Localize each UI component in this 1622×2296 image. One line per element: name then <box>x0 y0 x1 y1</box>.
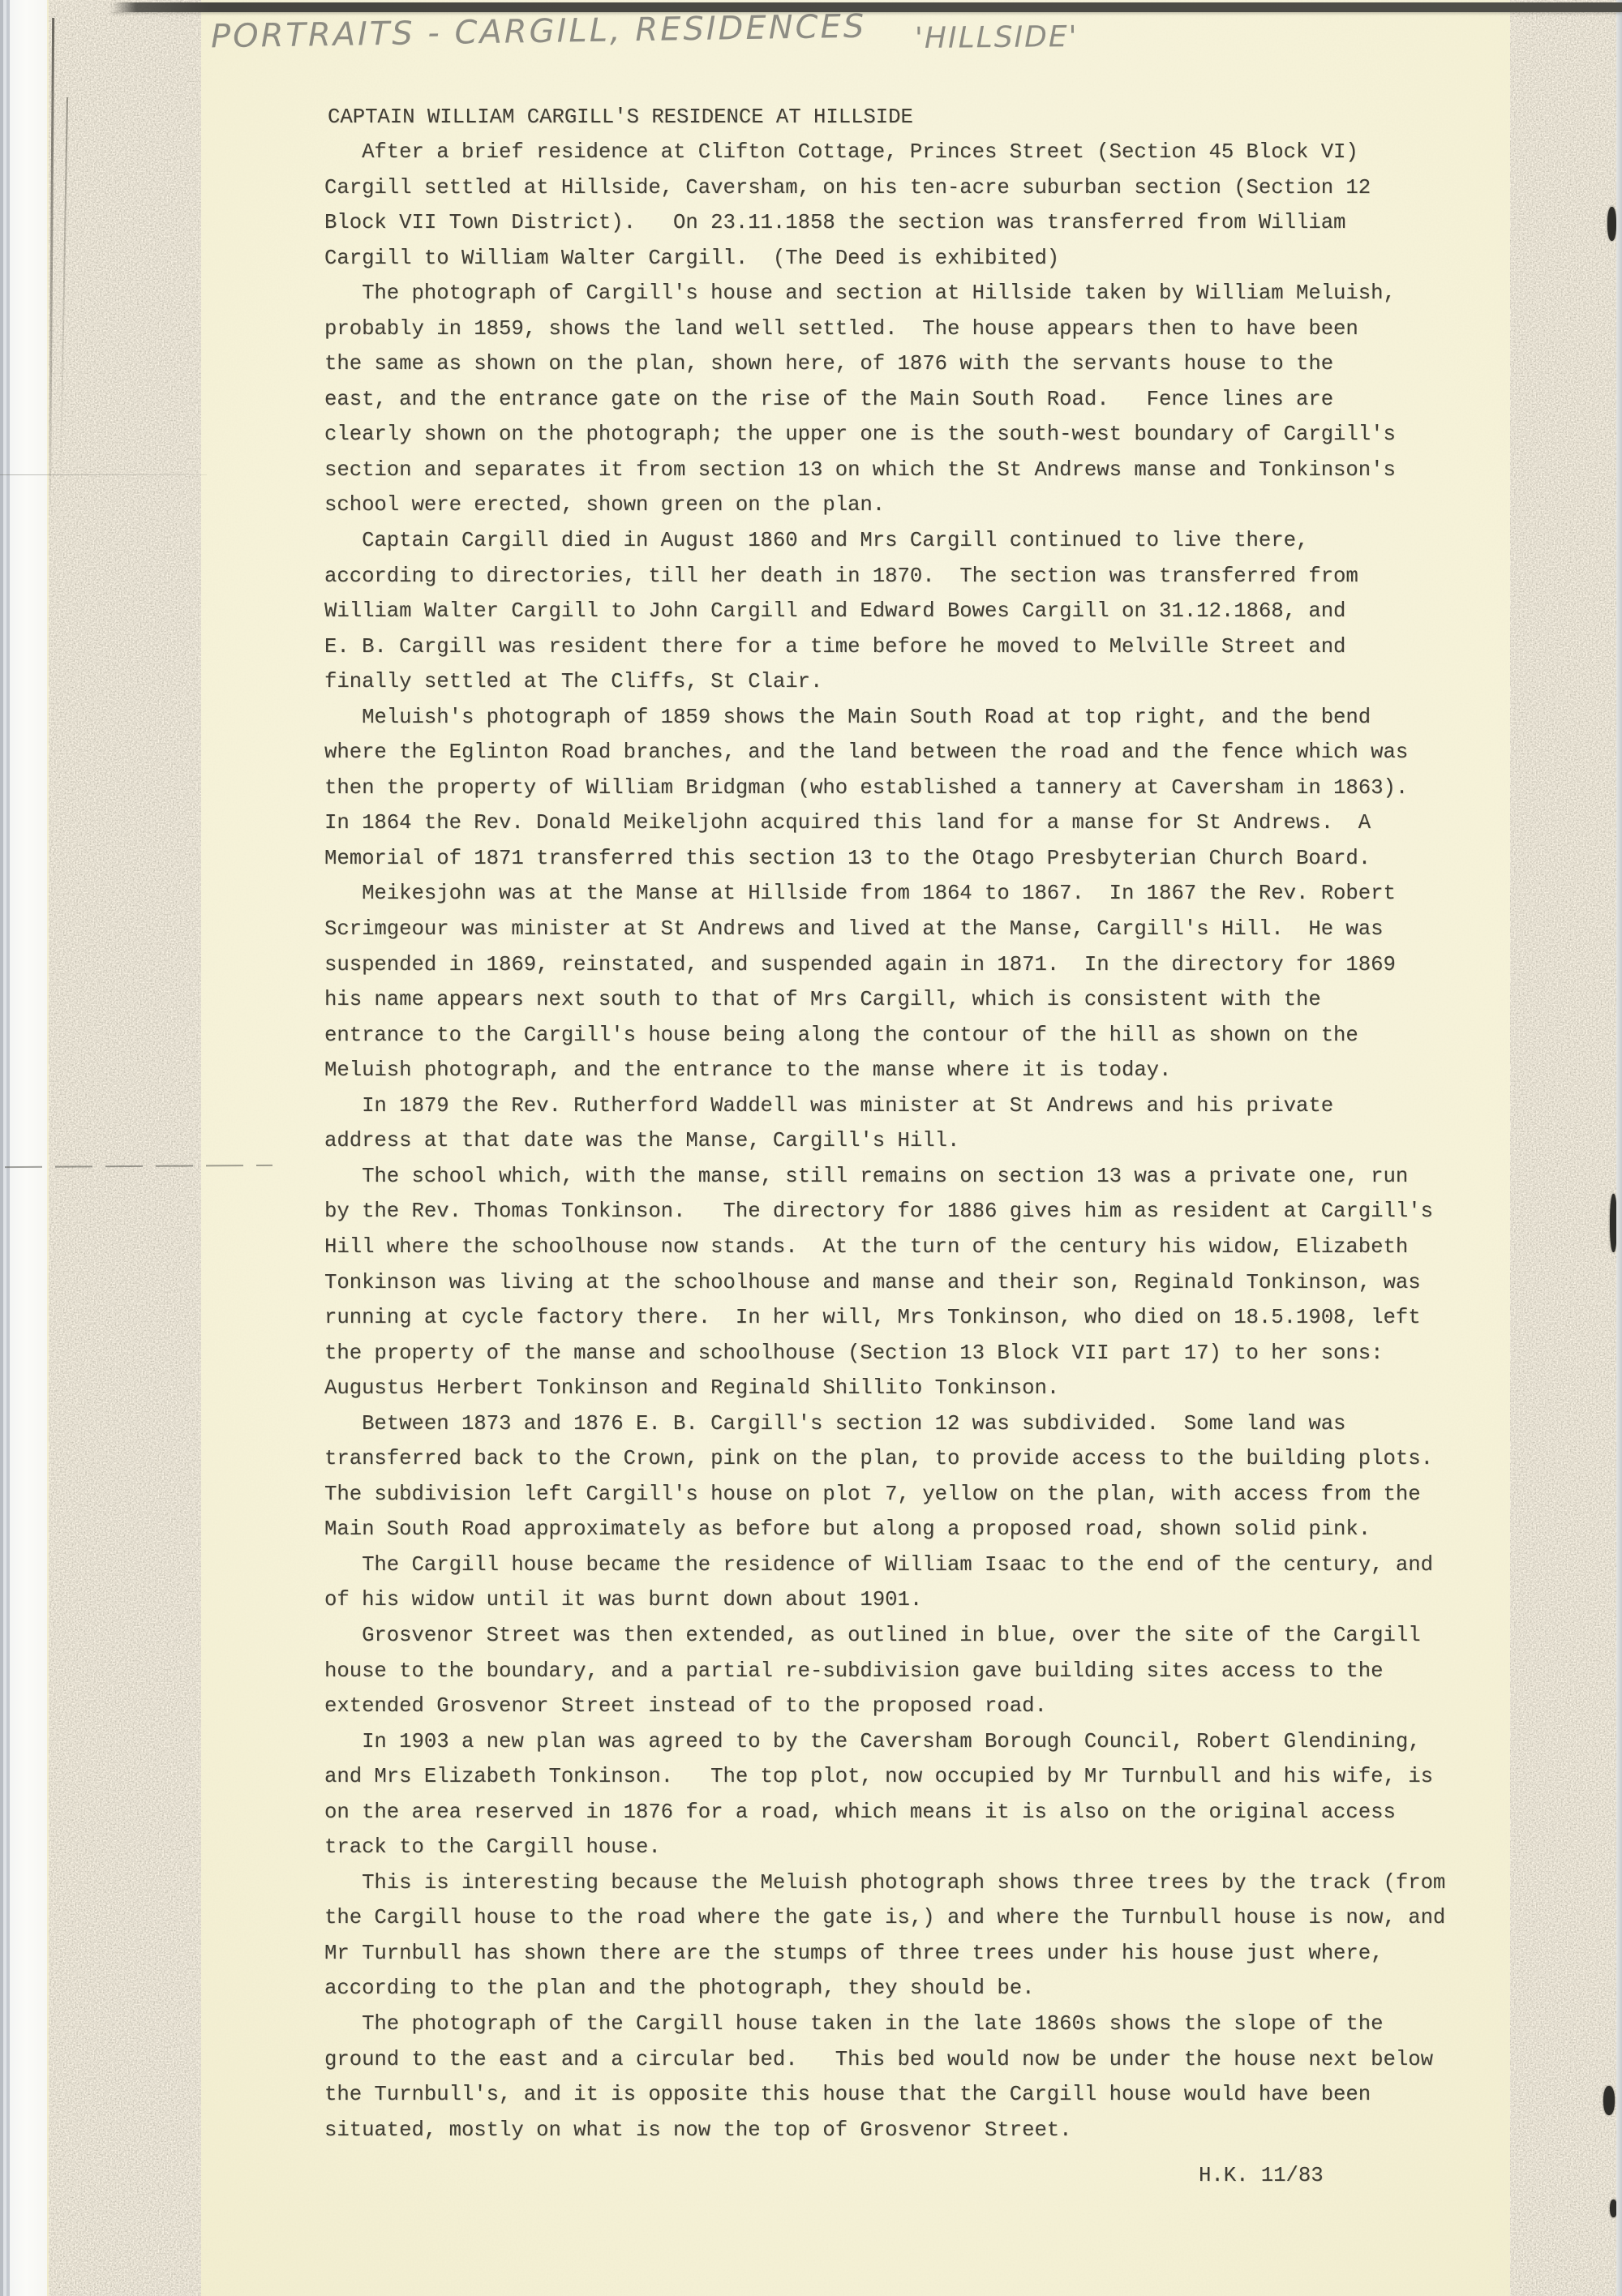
text-line: on the area reserved in 1876 for a road,… <box>324 1795 1445 1830</box>
text-line: Hill where the schoolhouse now stands. A… <box>324 1230 1445 1265</box>
text-line: according to the plan and the photograph… <box>324 1971 1445 2006</box>
text-line: After a brief residence at Clifton Cotta… <box>324 135 1445 170</box>
text-line: finally settled at The Cliffs, St Clair. <box>324 664 1445 700</box>
text-line: The photograph of the Cargill house take… <box>324 2006 1445 2042</box>
text-line: of his widow until it was burnt down abo… <box>324 1582 1445 1618</box>
text-line: E. B. Cargill was resident there for a t… <box>324 629 1445 665</box>
paragraph: In 1903 a new plan was agreed to by the … <box>324 1724 1445 1865</box>
author-initials-date: H.K. 11/83 <box>1199 2164 1324 2187</box>
text-line: situated, mostly on what is now the top … <box>324 2113 1445 2148</box>
text-line: according to directories, till her death… <box>324 559 1445 594</box>
paragraph: The photograph of the Cargill house take… <box>324 2006 1445 2148</box>
paragraph: This is interesting because the Meluish … <box>324 1865 1445 2006</box>
text-line: The Cargill house became the residence o… <box>324 1547 1445 1583</box>
text-line: The subdivision left Cargill's house on … <box>324 1477 1445 1513</box>
text-line: address at that date was the Manse, Carg… <box>324 1123 1445 1159</box>
text-line: Meikesjohn was at the Manse at Hillside … <box>324 876 1445 912</box>
paragraph: In 1879 the Rev. Rutherford Waddell was … <box>324 1088 1445 1159</box>
document-body: After a brief residence at Clifton Cotta… <box>324 135 1445 2148</box>
text-line: suspended in 1869, reinstated, and suspe… <box>324 947 1445 983</box>
paragraph: Captain Cargill died in August 1860 and … <box>324 523 1445 700</box>
text-line: clearly shown on the photograph; the upp… <box>324 417 1445 453</box>
handwritten-title-annotation: 'HILLSIDE' <box>915 20 1079 55</box>
text-line: In 1903 a new plan was agreed to by the … <box>324 1724 1445 1760</box>
text-line: Main South Road approximately as before … <box>324 1512 1445 1547</box>
scan-artifact-mark <box>1607 207 1616 241</box>
text-line: This is interesting because the Meluish … <box>324 1865 1445 1901</box>
text-line: Captain Cargill died in August 1860 and … <box>324 523 1445 559</box>
text-line: section and separates it from section 13… <box>324 453 1445 488</box>
text-line: Cargill to William Walter Cargill. (The … <box>324 241 1445 277</box>
text-line: the Turnbull's, and it is opposite this … <box>324 2077 1445 2113</box>
text-line: the property of the manse and schoolhous… <box>324 1336 1445 1371</box>
text-line: by the Rev. Thomas Tonkinson. The direct… <box>324 1194 1445 1230</box>
text-line: Cargill settled at Hillside, Caversham, … <box>324 170 1445 206</box>
text-line: where the Eglinton Road branches, and th… <box>324 735 1445 770</box>
scanner-bed-edge-right <box>1616 0 1622 2296</box>
text-line: ground to the east and a circular bed. T… <box>324 2042 1445 2078</box>
paragraph: Meluish's photograph of 1859 shows the M… <box>324 700 1445 877</box>
text-line: Block VII Town District). On 23.11.1858 … <box>324 205 1445 241</box>
text-line: extended Grosvenor Street instead of to … <box>324 1689 1445 1724</box>
paragraph: Grosvenor Street was then extended, as o… <box>324 1618 1445 1724</box>
text-line: Grosvenor Street was then extended, as o… <box>324 1618 1445 1654</box>
document-title: CAPTAIN WILLIAM CARGILL'S RESIDENCE AT H… <box>328 105 913 129</box>
scanner-bed-edge-left <box>0 0 10 2296</box>
paragraph: The Cargill house became the residence o… <box>324 1547 1445 1618</box>
text-line: track to the Cargill house. <box>324 1830 1445 1865</box>
paragraph: Between 1873 and 1876 E. B. Cargill's se… <box>324 1406 1445 1547</box>
text-line: the Cargill house to the road where the … <box>324 1900 1445 1936</box>
text-line: In 1879 the Rev. Rutherford Waddell was … <box>324 1088 1445 1124</box>
text-line: Mr Turnbull has shown there are the stum… <box>324 1936 1445 1972</box>
scan-top-edge <box>112 2 1622 12</box>
text-line: house to the boundary, and a partial re-… <box>324 1654 1445 1689</box>
text-line: William Walter Cargill to John Cargill a… <box>324 594 1445 629</box>
text-line: Between 1873 and 1876 E. B. Cargill's se… <box>324 1406 1445 1442</box>
text-line: the same as shown on the plan, shown her… <box>324 346 1445 382</box>
text-line: Meluish photograph, and the entrance to … <box>324 1053 1445 1088</box>
text-line: running at cycle factory there. In her w… <box>324 1300 1445 1336</box>
text-line: Meluish's photograph of 1859 shows the M… <box>324 700 1445 736</box>
torn-edge-shadow-right <box>1510 0 1617 2296</box>
paragraph: The photograph of Cargill's house and se… <box>324 276 1445 523</box>
paragraph: The school which, with the manse, still … <box>324 1159 1445 1406</box>
text-line: then the property of William Bridgman (w… <box>324 770 1445 806</box>
text-line: east, and the entrance gate on the rise … <box>324 382 1445 418</box>
text-line: In 1864 the Rev. Donald Meikeljohn acqui… <box>324 805 1445 841</box>
text-line: school were erected, shown green on the … <box>324 487 1445 523</box>
text-line: his name appears next south to that of M… <box>324 982 1445 1018</box>
text-line: probably in 1859, shows the land well se… <box>324 311 1445 347</box>
text-line: Augustus Herbert Tonkinson and Reginald … <box>324 1371 1445 1406</box>
paragraph: Meikesjohn was at the Manse at Hillside … <box>324 876 1445 1088</box>
scan-artifact-mark <box>1603 2086 1615 2115</box>
paragraph: After a brief residence at Clifton Cotta… <box>324 135 1445 276</box>
text-line: Scrimgeour was minister at St Andrews an… <box>324 912 1445 947</box>
text-line: The school which, with the manse, still … <box>324 1159 1445 1195</box>
scanner-white-margin <box>10 0 50 2296</box>
text-line: The photograph of Cargill's house and se… <box>324 276 1445 311</box>
text-line: Tonkinson was living at the schoolhouse … <box>324 1265 1445 1301</box>
text-line: transferred back to the Crown, pink on t… <box>324 1441 1445 1477</box>
text-line: and Mrs Elizabeth Tonkinson. The top plo… <box>324 1759 1445 1795</box>
text-line: Memorial of 1871 transferred this sectio… <box>324 841 1445 877</box>
fold-crease-faint <box>0 474 207 475</box>
text-line: entrance to the Cargill's house being al… <box>324 1018 1445 1054</box>
torn-edge-shadow-left <box>49 0 201 2296</box>
